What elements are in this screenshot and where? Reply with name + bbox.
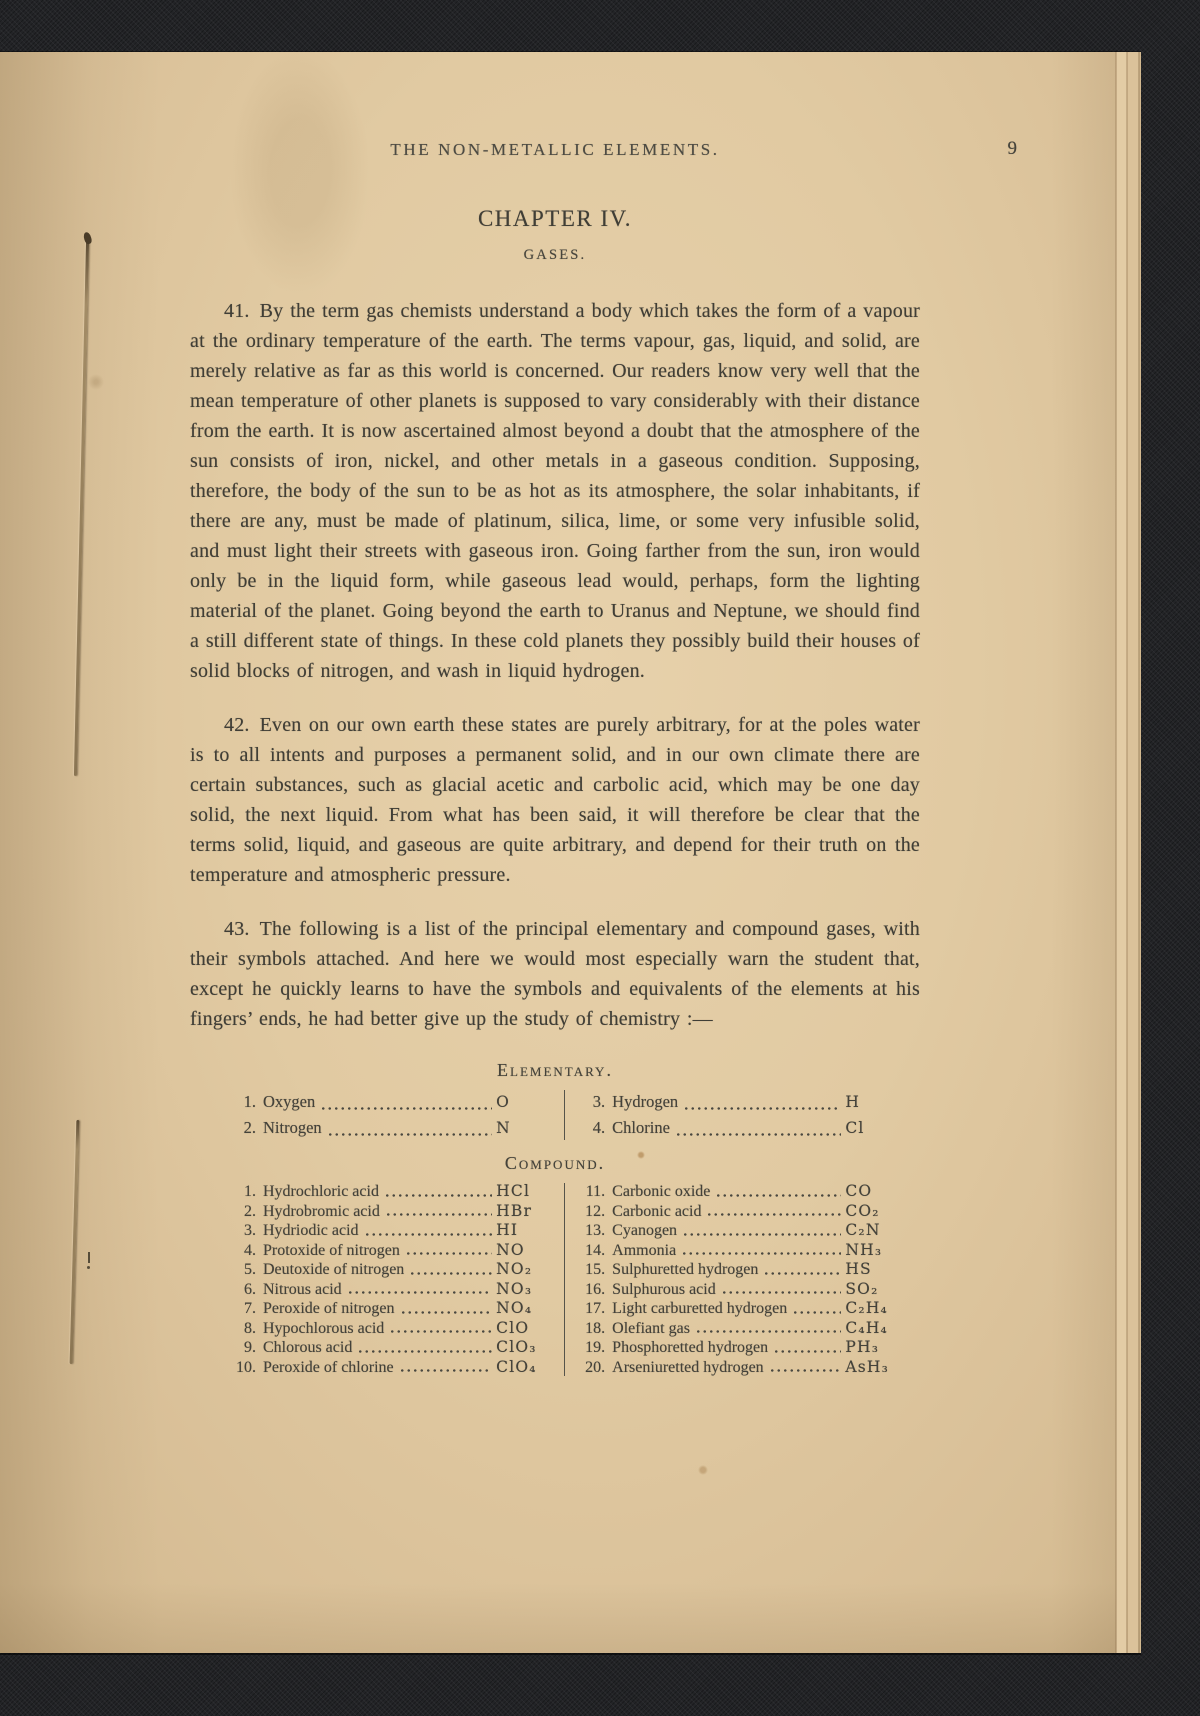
dot-leader — [763, 1271, 841, 1276]
dot-leader — [706, 1212, 841, 1217]
book-photo-background: THE NON-METALLIC ELEMENTS. 9 CHAPTER IV.… — [0, 0, 1200, 1716]
gas-name: Carbonic oxide — [605, 1182, 715, 1202]
table-row: 15.Sulphuretted hydrogenHS — [575, 1260, 901, 1280]
dot-leader — [683, 1106, 841, 1111]
row-number: 18. — [575, 1319, 605, 1339]
paragraph-41: 41.By the term gas chemists understand a… — [190, 296, 920, 686]
gas-symbol: ClO — [496, 1319, 552, 1339]
table-row: 8.Hypochlorous acidClO — [226, 1319, 552, 1339]
gas-name: Sulphurous acid — [605, 1280, 721, 1300]
dot-leader — [769, 1368, 842, 1373]
elementary-table: 1.OxygenO 2.NitrogenN 3.HydrogenH 4.Chlo… — [226, 1089, 920, 1141]
dot-leader — [389, 1329, 492, 1334]
gas-symbol: C₄H₄ — [845, 1319, 901, 1339]
compound-table: 1.Hydrochloric acidHCl 2.Hydrobromic aci… — [226, 1182, 920, 1377]
row-number: 14. — [575, 1241, 605, 1261]
gas-symbol: C₂N — [845, 1221, 901, 1241]
gas-symbol: O — [496, 1090, 552, 1115]
row-number: 16. — [575, 1280, 605, 1300]
row-number: 17. — [575, 1299, 605, 1319]
row-number: 3. — [226, 1221, 256, 1241]
row-number: 10. — [226, 1358, 256, 1378]
table-row: 1.Hydrochloric acidHCl — [226, 1182, 552, 1202]
gas-symbol: HI — [496, 1221, 552, 1241]
gas-name: Arseniuretted hydrogen — [605, 1358, 769, 1378]
row-number: 2. — [226, 1202, 256, 1222]
gas-name: Deutoxide of nitrogen — [256, 1260, 409, 1280]
table-row: 18.Olefiant gasC₄H₄ — [575, 1319, 901, 1339]
table-row: 7.Peroxide of nitrogenNO₄ — [226, 1299, 552, 1319]
table-row: 14.AmmoniaNH₃ — [575, 1241, 901, 1261]
table-row: 13.CyanogenC₂N — [575, 1221, 901, 1241]
page-fore-edge — [1115, 52, 1141, 1653]
row-number: 12. — [575, 1202, 605, 1222]
dot-leader — [682, 1232, 841, 1237]
table-row: 3.Hydriodic acidHI — [226, 1221, 552, 1241]
gas-symbol: HBr — [496, 1202, 552, 1222]
gas-symbol: NH₃ — [845, 1241, 901, 1261]
gas-symbol: H — [845, 1090, 901, 1115]
binding-thread — [74, 240, 89, 776]
gas-name: Light carburetted hydrogen — [605, 1299, 792, 1319]
gas-name: Hydrogen — [605, 1089, 683, 1114]
gas-symbol: CO₂ — [845, 1202, 901, 1222]
compound-right-column: 11.Carbonic oxideCO 12.Carbonic acidCO₂ … — [575, 1182, 901, 1377]
gas-name: Olefiant gas — [605, 1319, 695, 1339]
elementary-left-column: 1.OxygenO 2.NitrogenN — [226, 1089, 552, 1141]
dot-leader — [675, 1132, 841, 1137]
compound-left-column: 1.Hydrochloric acidHCl 2.Hydrobromic aci… — [226, 1182, 552, 1377]
table-row: 19.Phosphoretted hydrogenPH₃ — [575, 1338, 901, 1358]
gas-symbol: ClO₃ — [496, 1338, 552, 1358]
gas-name: Hydrobromic acid — [256, 1202, 385, 1222]
paragraph-43: 43.The following is a list of the princi… — [190, 914, 920, 1034]
gas-symbol: NO₂ — [496, 1260, 552, 1280]
gas-name: Phosphoretted hydrogen — [605, 1338, 773, 1358]
dot-leader — [385, 1212, 492, 1217]
book-page: THE NON-METALLIC ELEMENTS. 9 CHAPTER IV.… — [0, 52, 1141, 1653]
table-row: 9.Chlorous acidClO₃ — [226, 1338, 552, 1358]
gas-name: Peroxide of nitrogen — [256, 1299, 400, 1319]
paragraph-42: 42.Even on our own earth these states ar… — [190, 710, 920, 890]
table-row: 17.Light carburetted hydrogenC₂H₄ — [575, 1299, 901, 1319]
row-number: 15. — [575, 1260, 605, 1280]
paragraph-number: 41. — [224, 300, 250, 322]
paragraph-text: Even on our own earth these states are p… — [190, 714, 920, 886]
row-number: 11. — [575, 1182, 605, 1202]
gas-symbol: SO₂ — [845, 1280, 901, 1300]
chapter-heading: CHAPTER IV. — [190, 206, 920, 232]
row-number: 8. — [226, 1319, 256, 1339]
gas-symbol: NO — [496, 1241, 552, 1261]
table-row: 11.Carbonic oxideCO — [575, 1182, 901, 1202]
gas-symbol: N — [496, 1116, 552, 1141]
gas-symbol: NO₄ — [496, 1299, 552, 1319]
gas-symbol: NO₃ — [496, 1280, 552, 1300]
dot-leader — [681, 1251, 841, 1256]
gas-name: Cyanogen — [605, 1221, 682, 1241]
row-number: 3. — [575, 1089, 605, 1114]
gas-symbol: CO — [845, 1182, 901, 1202]
running-head: THE NON-METALLIC ELEMENTS. — [190, 140, 920, 160]
table-row: 1.OxygenO — [226, 1089, 552, 1115]
dot-leader — [399, 1368, 493, 1373]
dot-leader — [384, 1193, 492, 1198]
row-number: 13. — [575, 1221, 605, 1241]
gas-name: Peroxide of chlorine — [256, 1358, 399, 1378]
gas-name: Chlorous acid — [256, 1338, 357, 1358]
page-number: 9 — [1008, 138, 1018, 160]
gas-name: Nitrous acid — [256, 1280, 347, 1300]
binding-thread — [70, 1120, 80, 1364]
compound-heading: Compound. — [190, 1153, 920, 1174]
dot-leader — [405, 1251, 492, 1256]
table-row: 3.HydrogenH — [575, 1089, 901, 1115]
elementary-heading: Elementary. — [190, 1060, 920, 1081]
row-number: 19. — [575, 1338, 605, 1358]
table-row: 6.Nitrous acidNO₃ — [226, 1280, 552, 1300]
table-row: 20.Arseniuretted hydrogenAsH₃ — [575, 1358, 901, 1378]
gas-name: Sulphuretted hydrogen — [605, 1260, 763, 1280]
dot-leader — [695, 1329, 841, 1334]
dot-leader — [347, 1290, 493, 1295]
row-number: 20. — [575, 1358, 605, 1378]
dot-leader — [409, 1271, 492, 1276]
section-heading: GASES. — [190, 247, 920, 264]
dot-leader — [327, 1132, 493, 1137]
column-divider — [564, 1090, 565, 1140]
dot-leader — [792, 1310, 841, 1315]
gas-name: Oxygen — [256, 1089, 320, 1114]
page-content: THE NON-METALLIC ELEMENTS. 9 CHAPTER IV.… — [190, 140, 920, 1377]
paragraph-number: 42. — [224, 714, 250, 736]
paragraph-text: By the term gas chemists understand a bo… — [190, 300, 920, 682]
row-number: 7. — [226, 1299, 256, 1319]
gas-symbol: HS — [845, 1260, 901, 1280]
row-number: 9. — [226, 1338, 256, 1358]
row-number: 1. — [226, 1182, 256, 1202]
gas-name: Hypochlorous acid — [256, 1319, 389, 1339]
gas-symbol: AsH₃ — [845, 1358, 901, 1378]
dot-leader — [320, 1106, 492, 1111]
elementary-right-column: 3.HydrogenH 4.ChlorineCl — [575, 1089, 901, 1141]
gas-name: Protoxide of nitrogen — [256, 1241, 405, 1261]
table-row: 4.ChlorineCl — [575, 1115, 901, 1141]
dot-leader — [400, 1310, 493, 1315]
dot-leader — [721, 1290, 842, 1295]
gas-symbol: PH₃ — [845, 1338, 901, 1358]
column-divider — [564, 1183, 565, 1376]
gas-symbol: ClO₄ — [496, 1358, 552, 1378]
gas-symbol: HCl — [496, 1182, 552, 1202]
gas-symbol: C₂H₄ — [845, 1299, 901, 1319]
dot-leader — [364, 1232, 493, 1237]
gas-name: Carbonic acid — [605, 1202, 706, 1222]
dot-leader — [773, 1349, 841, 1354]
table-row: 4.Protoxide of nitrogenNO — [226, 1241, 552, 1261]
dot-leader — [357, 1349, 492, 1354]
table-row: 2.NitrogenN — [226, 1115, 552, 1141]
table-row: 10.Peroxide of chlorineClO₄ — [226, 1358, 552, 1378]
row-number: 4. — [575, 1115, 605, 1140]
paragraph-text: The following is a list of the principal… — [190, 918, 920, 1030]
table-row: 16.Sulphurous acidSO₂ — [575, 1280, 901, 1300]
gas-name: Nitrogen — [256, 1115, 327, 1140]
gas-name: Ammonia — [605, 1241, 681, 1261]
table-row: 12.Carbonic acidCO₂ — [575, 1202, 901, 1222]
running-head-row: THE NON-METALLIC ELEMENTS. 9 — [190, 140, 920, 162]
margin-ink-mark — [88, 1252, 90, 1263]
gas-symbol: Cl — [845, 1116, 901, 1141]
table-row: 5.Deutoxide of nitrogenNO₂ — [226, 1260, 552, 1280]
row-number: 6. — [226, 1280, 256, 1300]
table-row: 2.Hydrobromic acidHBr — [226, 1202, 552, 1222]
paragraph-number: 43. — [224, 918, 250, 940]
gas-name: Hydrochloric acid — [256, 1182, 384, 1202]
row-number: 5. — [226, 1260, 256, 1280]
gas-name: Hydriodic acid — [256, 1221, 364, 1241]
row-number: 1. — [226, 1089, 256, 1114]
gas-name: Chlorine — [605, 1115, 675, 1140]
row-number: 4. — [226, 1241, 256, 1261]
row-number: 2. — [226, 1115, 256, 1140]
dot-leader — [715, 1193, 841, 1198]
